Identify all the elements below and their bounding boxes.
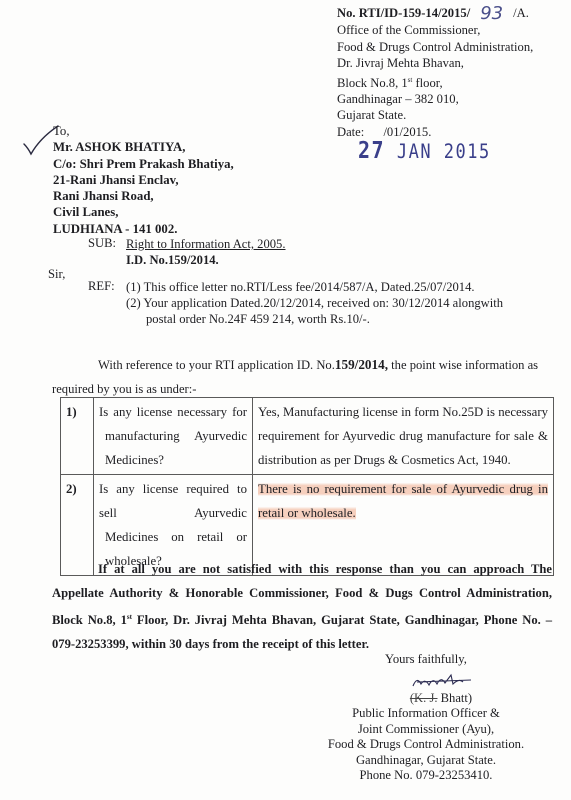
valediction: Yours faithfully, <box>385 652 467 667</box>
recipient-line: Rani Jhansi Road, <box>53 188 234 204</box>
stamp-day: 27 <box>358 136 385 164</box>
designation-line: Phone No. 079-23253410. <box>300 768 552 783</box>
highlighted-answer-text: There is no requirement for sale of Ayur… <box>258 482 548 520</box>
subject-title: Right to Information Act, 2005. <box>126 236 286 252</box>
reference-number: No. RTI/ID-159-14/2015/ <box>337 6 470 20</box>
signatory-name-struck: (K. J. <box>410 691 438 705</box>
designation-line: Food & Drugs Control Administration. <box>300 737 552 752</box>
date-stamp: 27 JAN 2015 <box>358 136 491 164</box>
signatory-name: (K. J. Bhatt) <box>300 691 552 706</box>
intro-paragraph: With reference to your RTI application I… <box>52 353 552 401</box>
intro-id: 159/2014, <box>335 357 388 372</box>
reference-item: (2) Your application Dated.20/12/2014, r… <box>126 295 556 311</box>
question-line: Is any license necessary for <box>99 400 247 424</box>
office-line: Gandhinagar – 382 010, <box>337 91 533 107</box>
signature-block: (K. J. Bhatt) Public Information Officer… <box>300 691 552 783</box>
subject-label: SUB: <box>88 236 116 251</box>
reference-item: (1) This office letter no.RTI/Less fee/2… <box>126 279 556 295</box>
subject-id: I.D. No.159/2014. <box>126 252 286 268</box>
designation-line: Joint Commissioner (Ayu), <box>300 722 552 737</box>
reference-item-continued: postal order No.24F 459 214, worth Rs.10… <box>126 311 556 327</box>
question-line: Is any license required to sell Ayurvedi… <box>99 477 247 525</box>
stamp-month-year: JAN 2015 <box>397 141 491 164</box>
handwritten-number: 93 <box>480 3 503 24</box>
references: (1) This office letter no.RTI/Less fee/2… <box>126 279 556 328</box>
office-line: Block No.8, 1st floor, <box>337 72 533 91</box>
office-line: Dr. Jivraj Mehta Bhavan, <box>337 55 533 71</box>
row-number: 1) <box>61 398 94 475</box>
answer-cell: Yes, Manufacturing license in form No.25… <box>253 398 554 475</box>
recipient-line: Mr. ASHOK BHATIYA, <box>53 139 234 155</box>
intro-text: With reference to your RTI application I… <box>52 358 335 372</box>
question-cell: Is any license necessary for manufacturi… <box>94 398 253 475</box>
subject: Right to Information Act, 2005. I.D. No.… <box>126 236 286 268</box>
qa-table: 1) Is any license necessary for manufact… <box>60 397 554 576</box>
recipient-line: C/o: Shri Prem Prakash Bhatiya, <box>53 156 234 172</box>
recipient-line: 21-Rani Jhansi Enclav, <box>53 172 234 188</box>
appeal-paragraph: If at all you are not satisfied with thi… <box>52 557 552 656</box>
designation-line: Gandhinagar, Gujarat State. <box>300 753 552 768</box>
reference-label: REF: <box>88 279 115 294</box>
office-line: Gujarat State. <box>337 107 533 123</box>
table-row: 1) Is any license necessary for manufact… <box>61 398 554 475</box>
recipient-line: Civil Lanes, <box>53 204 234 220</box>
answer-text: Yes, Manufacturing license in form No.25… <box>258 405 548 467</box>
recipient-address: To, Mr. ASHOK BHATIYA, C/o: Shri Prem Pr… <box>53 123 234 237</box>
recipient-line: To, <box>53 123 234 139</box>
signatory-name-rest: Bhatt) <box>438 691 473 705</box>
recipient-line: LUDHIANA - 141 002. <box>53 221 234 237</box>
letter-header: No. RTI/ID-159-14/2015/93/A. Office of t… <box>337 5 533 140</box>
reference-number-line: No. RTI/ID-159-14/2015/93/A. <box>337 5 533 22</box>
salutation: Sir, <box>48 267 65 282</box>
office-line: Food & Drugs Control Administration, <box>337 39 533 55</box>
reference-suffix: /A. <box>513 6 529 20</box>
office-line: Office of the Commissioner, <box>337 22 533 38</box>
designation-line: Public Information Officer & <box>300 706 552 721</box>
question-line: manufacturing Ayurvedic Medicines? <box>99 424 247 472</box>
